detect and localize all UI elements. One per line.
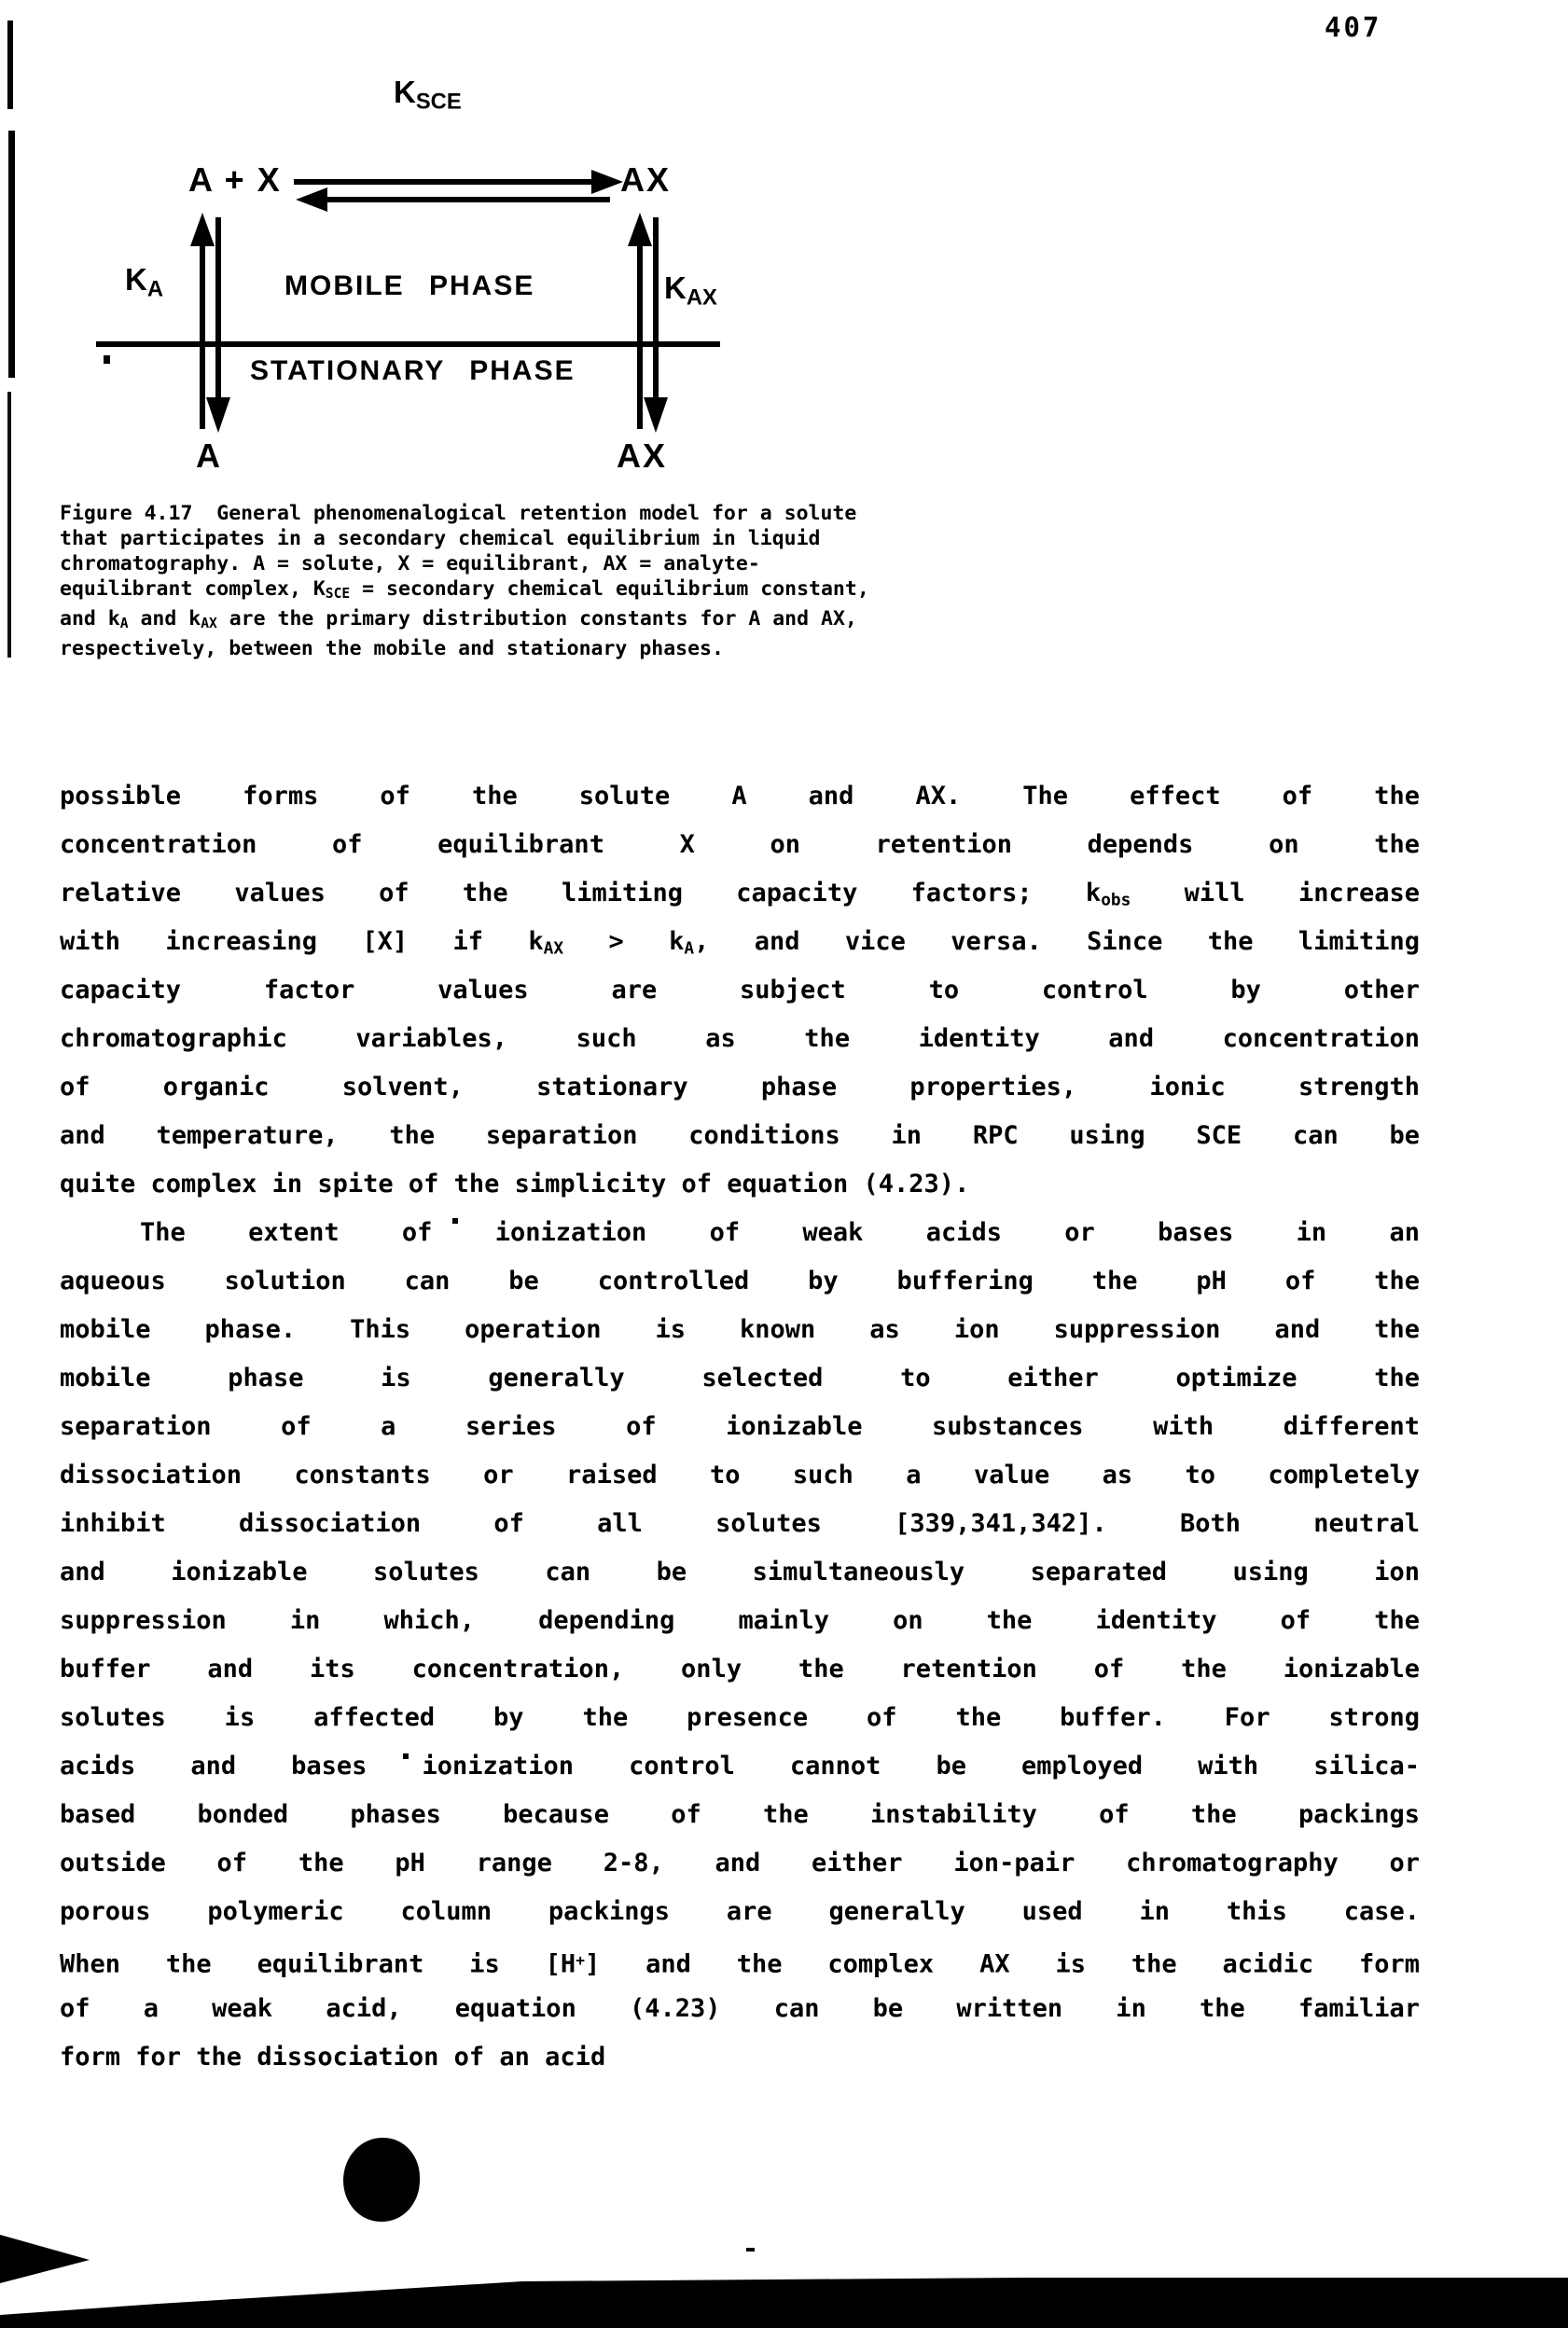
body-text: possible forms of the solute A and AX. T… — [60, 772, 1420, 2082]
body-line: and temperature, the separation conditio… — [60, 1112, 1420, 1160]
right-up-arrow-head — [628, 213, 652, 246]
speck — [452, 1218, 458, 1224]
complex-bottom-label: AX — [617, 436, 667, 476]
body-line: chromatographic variables, such as the i… — [60, 1015, 1420, 1063]
body-line: of organic solvent, stationary phase pro… — [60, 1063, 1420, 1112]
body-line: quite complex in spite of the simplicity… — [60, 1160, 1420, 1209]
caption-line: equilibrant complex, KSCE = secondary ch… — [60, 576, 899, 606]
caption-line: that participates in a secondary chemica… — [60, 526, 899, 551]
reactants-label: A + X — [188, 160, 282, 200]
body-line: separation of a series of ionizable subs… — [60, 1403, 1420, 1451]
body-line: buffer and its concentration, only the r… — [60, 1645, 1420, 1694]
body-line: porous polymeric column packings are gen… — [60, 1888, 1420, 1936]
body-line: concentration of equilibrant X on retent… — [60, 821, 1420, 869]
left-up-arrow-head — [190, 213, 215, 246]
equilibrium-arrow-reverse-head — [296, 187, 327, 212]
body-line: capacity factor values are subject to co… — [60, 966, 1420, 1015]
right-down-arrow-head — [644, 397, 668, 433]
ink-streak — [8, 131, 15, 378]
body-line: relative values of the limiting capacity… — [60, 869, 1420, 918]
speck — [403, 1753, 409, 1759]
k-sce-label: KSCE — [394, 75, 462, 116]
body-line: and ionizable solutes can be simultaneou… — [60, 1548, 1420, 1597]
speck — [746, 2248, 755, 2252]
figure-4-17-diagram: KSCE A + X AX KA MOBILE PHASE KAX STATIO… — [60, 73, 759, 500]
figure-caption: Figure 4.17 General phenomenalogical ret… — [60, 501, 899, 661]
body-line: acids and bases ionization control canno… — [60, 1742, 1420, 1791]
body-line: aqueous solution can be controlled by bu… — [60, 1257, 1420, 1306]
body-line: mobile phase is generally selected to ei… — [60, 1354, 1420, 1403]
stationary-phase-label: STATIONARY PHASE — [250, 355, 576, 387]
ink-blob — [343, 2138, 420, 2222]
caption-line: respectively, between the mobile and sta… — [60, 636, 899, 661]
body-line: solutes is affected by the presence of t… — [60, 1694, 1420, 1742]
body-line: outside of the pH range 2-8, and either … — [60, 1839, 1420, 1888]
body-line: with increasing [X] if kAX > kA, and vic… — [60, 918, 1420, 966]
body-line: of a weak acid, equation (4.23) can be w… — [60, 1985, 1420, 2033]
ink-streak — [7, 21, 13, 109]
solute-bottom-label: A — [196, 436, 222, 476]
body-line: mobile phase. This operation is known as… — [60, 1306, 1420, 1354]
page-number: 407 — [1325, 11, 1381, 43]
body-line: dissociation constants or raised to such… — [60, 1451, 1420, 1500]
k-a-label: KA — [125, 262, 163, 303]
body-line: possible forms of the solute A and AX. T… — [60, 772, 1420, 821]
body-line: The extent of ionization of weak acids o… — [60, 1209, 1420, 1257]
ink-band — [0, 2272, 1568, 2328]
caption-line: chromatography. A = solute, X = equilibr… — [60, 551, 899, 576]
k-ax-label: KAX — [664, 270, 717, 312]
scanned-book-page: 407 KSCE A + X AX KA MOBILE PHA — [0, 0, 1568, 2328]
body-line: based bonded phases because of the insta… — [60, 1791, 1420, 1839]
body-line: form for the dissociation of an acid — [60, 2033, 1420, 2082]
complex-top-label: AX — [620, 160, 671, 200]
body-line: suppression in which, depending mainly o… — [60, 1597, 1420, 1645]
equilibrium-arrow-forward-head — [591, 170, 623, 194]
body-line: inhibit dissociation of all solutes [339… — [60, 1500, 1420, 1548]
ink-streak — [7, 392, 11, 658]
caption-line: and kA and kAX are the primary distribut… — [60, 606, 899, 636]
left-down-arrow-head — [206, 397, 230, 433]
caption-line: Figure 4.17 General phenomenalogical ret… — [60, 501, 899, 526]
mobile-phase-label: MOBILE PHASE — [284, 270, 534, 302]
body-line: When the equilibrant is [H+] and the com… — [60, 1936, 1420, 1985]
speck — [104, 355, 110, 364]
